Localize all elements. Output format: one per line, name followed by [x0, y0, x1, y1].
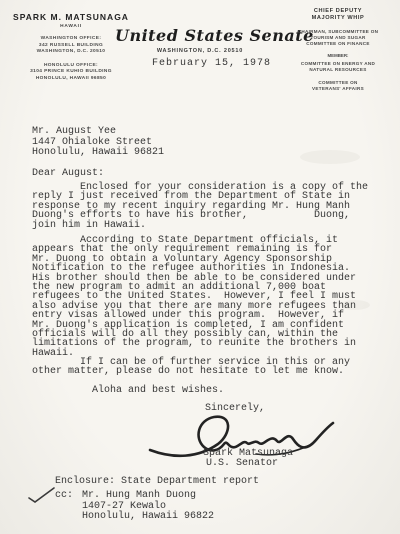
recipient-address: Mr. August Yee 1447 Ohialoke Street Hono…: [32, 127, 164, 159]
committee-energy: COMMITTEE ON ENERGY AND NATURAL RESOURCE…: [282, 61, 394, 73]
paragraph-1: Enclosed for your consideration is a cop…: [32, 183, 368, 230]
typed-signature-title: U.S. Senator: [206, 459, 278, 468]
salutation: Dear August:: [32, 169, 104, 178]
scan-smudge: [300, 150, 360, 164]
paragraph-3: If I can be of further service in this o…: [32, 358, 350, 377]
cc-label: cc:: [55, 491, 73, 500]
typed-signature-name: Spark Matsunaga: [203, 449, 293, 458]
org-address: WASHINGTON, D.C. 20510: [115, 48, 285, 54]
enclosure-line: Enclosure: State Department report: [55, 477, 259, 486]
member-label: MEMBER:: [282, 53, 394, 58]
letter-page: SPARK M. MATSUNAGA HAWAII WASHINGTON OFF…: [0, 0, 400, 534]
letterhead-center: United States Senate WASHINGTON, D.C. 20…: [115, 26, 285, 54]
committee-veterans: COMMITTEE ON VETERANS' AFFAIRS: [282, 80, 394, 92]
whip-title: CHIEF DEPUTY MAJORITY WHIP: [282, 8, 394, 22]
paragraph-2: According to State Department officials,…: [32, 236, 356, 358]
aloha-line: Aloha and best wishes.: [92, 386, 224, 395]
letter-date: February 15, 1978: [152, 58, 271, 69]
checkmark-icon: [26, 486, 56, 504]
sender-name: SPARK M. MATSUNAGA: [8, 12, 134, 22]
org-name: United States Senate: [115, 26, 285, 45]
scan-smudge: [340, 300, 370, 310]
letterhead-right-column: CHIEF DEPUTY MAJORITY WHIP CHAIRMAN, SUB…: [282, 8, 394, 92]
chairman-committee-block: CHAIRMAN, SUBCOMMITTEE ON TOURISM AND SU…: [282, 29, 394, 47]
honolulu-office-address: HONOLULU OFFICE: 3104 PRINCE KUHIO BUILD…: [8, 63, 134, 83]
cc-address-block: Mr. Hung Manh Duong 1407-27 Kewalo Honol…: [82, 491, 214, 523]
